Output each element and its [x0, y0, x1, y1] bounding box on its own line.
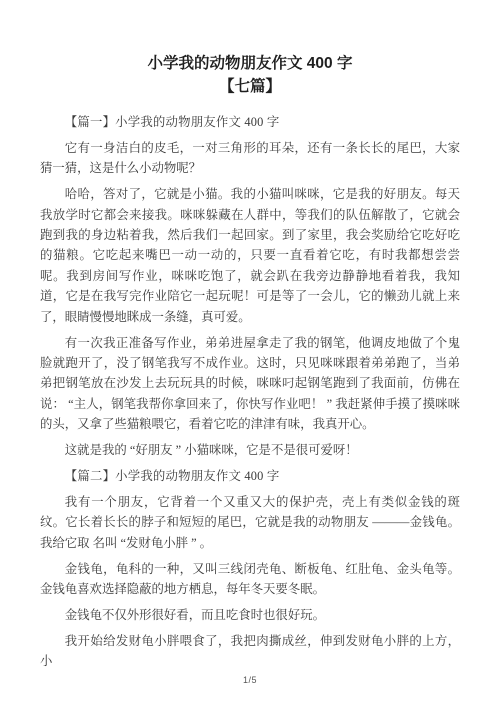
document-page: 小学我的动物朋友作文 400 字 【七篇】 【篇一】小学我的动物朋友作文 400… — [0, 0, 500, 708]
essay2-paragraph-4: 我开始给发财龟小胖喂食了，我把肉撕成丝，伸到发财龟小胖的上方，小 — [40, 631, 460, 672]
essay2-paragraph-3: 金钱龟不仅外形很好看，而且吃食时也很好玩。 — [40, 605, 460, 625]
document-subtitle: 【七篇】 — [40, 75, 460, 98]
page-number: 1/5 — [0, 675, 500, 685]
essay1-paragraph-4: 这就是我的 “好朋友 ” 小猫咪咪，它是不是很可爱呀！ — [40, 440, 460, 460]
essay1-heading: 【篇一】小学我的动物朋友作文 400 字 — [40, 112, 460, 132]
essay2-heading: 【篇二】小学我的动物朋友作文 400 字 — [40, 466, 460, 486]
essay1-paragraph-2: 哈哈，答对了，它就是小猫。我的小猫叫咪咪，它是我的好朋友。每天我放学时它都会来接… — [40, 184, 460, 327]
essay2-paragraph-2: 金钱龟，龟科的一种，又叫三线闭壳龟、断板龟、红肚龟、金头龟等。金钱龟喜欢选择隐蔽… — [40, 559, 460, 600]
essay2-paragraph-1: 我有一个朋友，它背着一个又重又大的保护壳，壳上有类似金钱的斑纹。它长着长长的脖子… — [40, 492, 460, 553]
essay1-paragraph-3: 有一次我正准备写作业，弟弟进屋拿走了我的钢笔，他调皮地做了个鬼脸就跑开了，没了钢… — [40, 333, 460, 435]
essay1-paragraph-1: 它有一身洁白的皮毛，一对三角形的耳朵，还有一条长长的尾巴，大家猜一猜，这是什么小… — [40, 138, 460, 179]
document-title: 小学我的动物朋友作文 400 字 — [40, 52, 460, 75]
